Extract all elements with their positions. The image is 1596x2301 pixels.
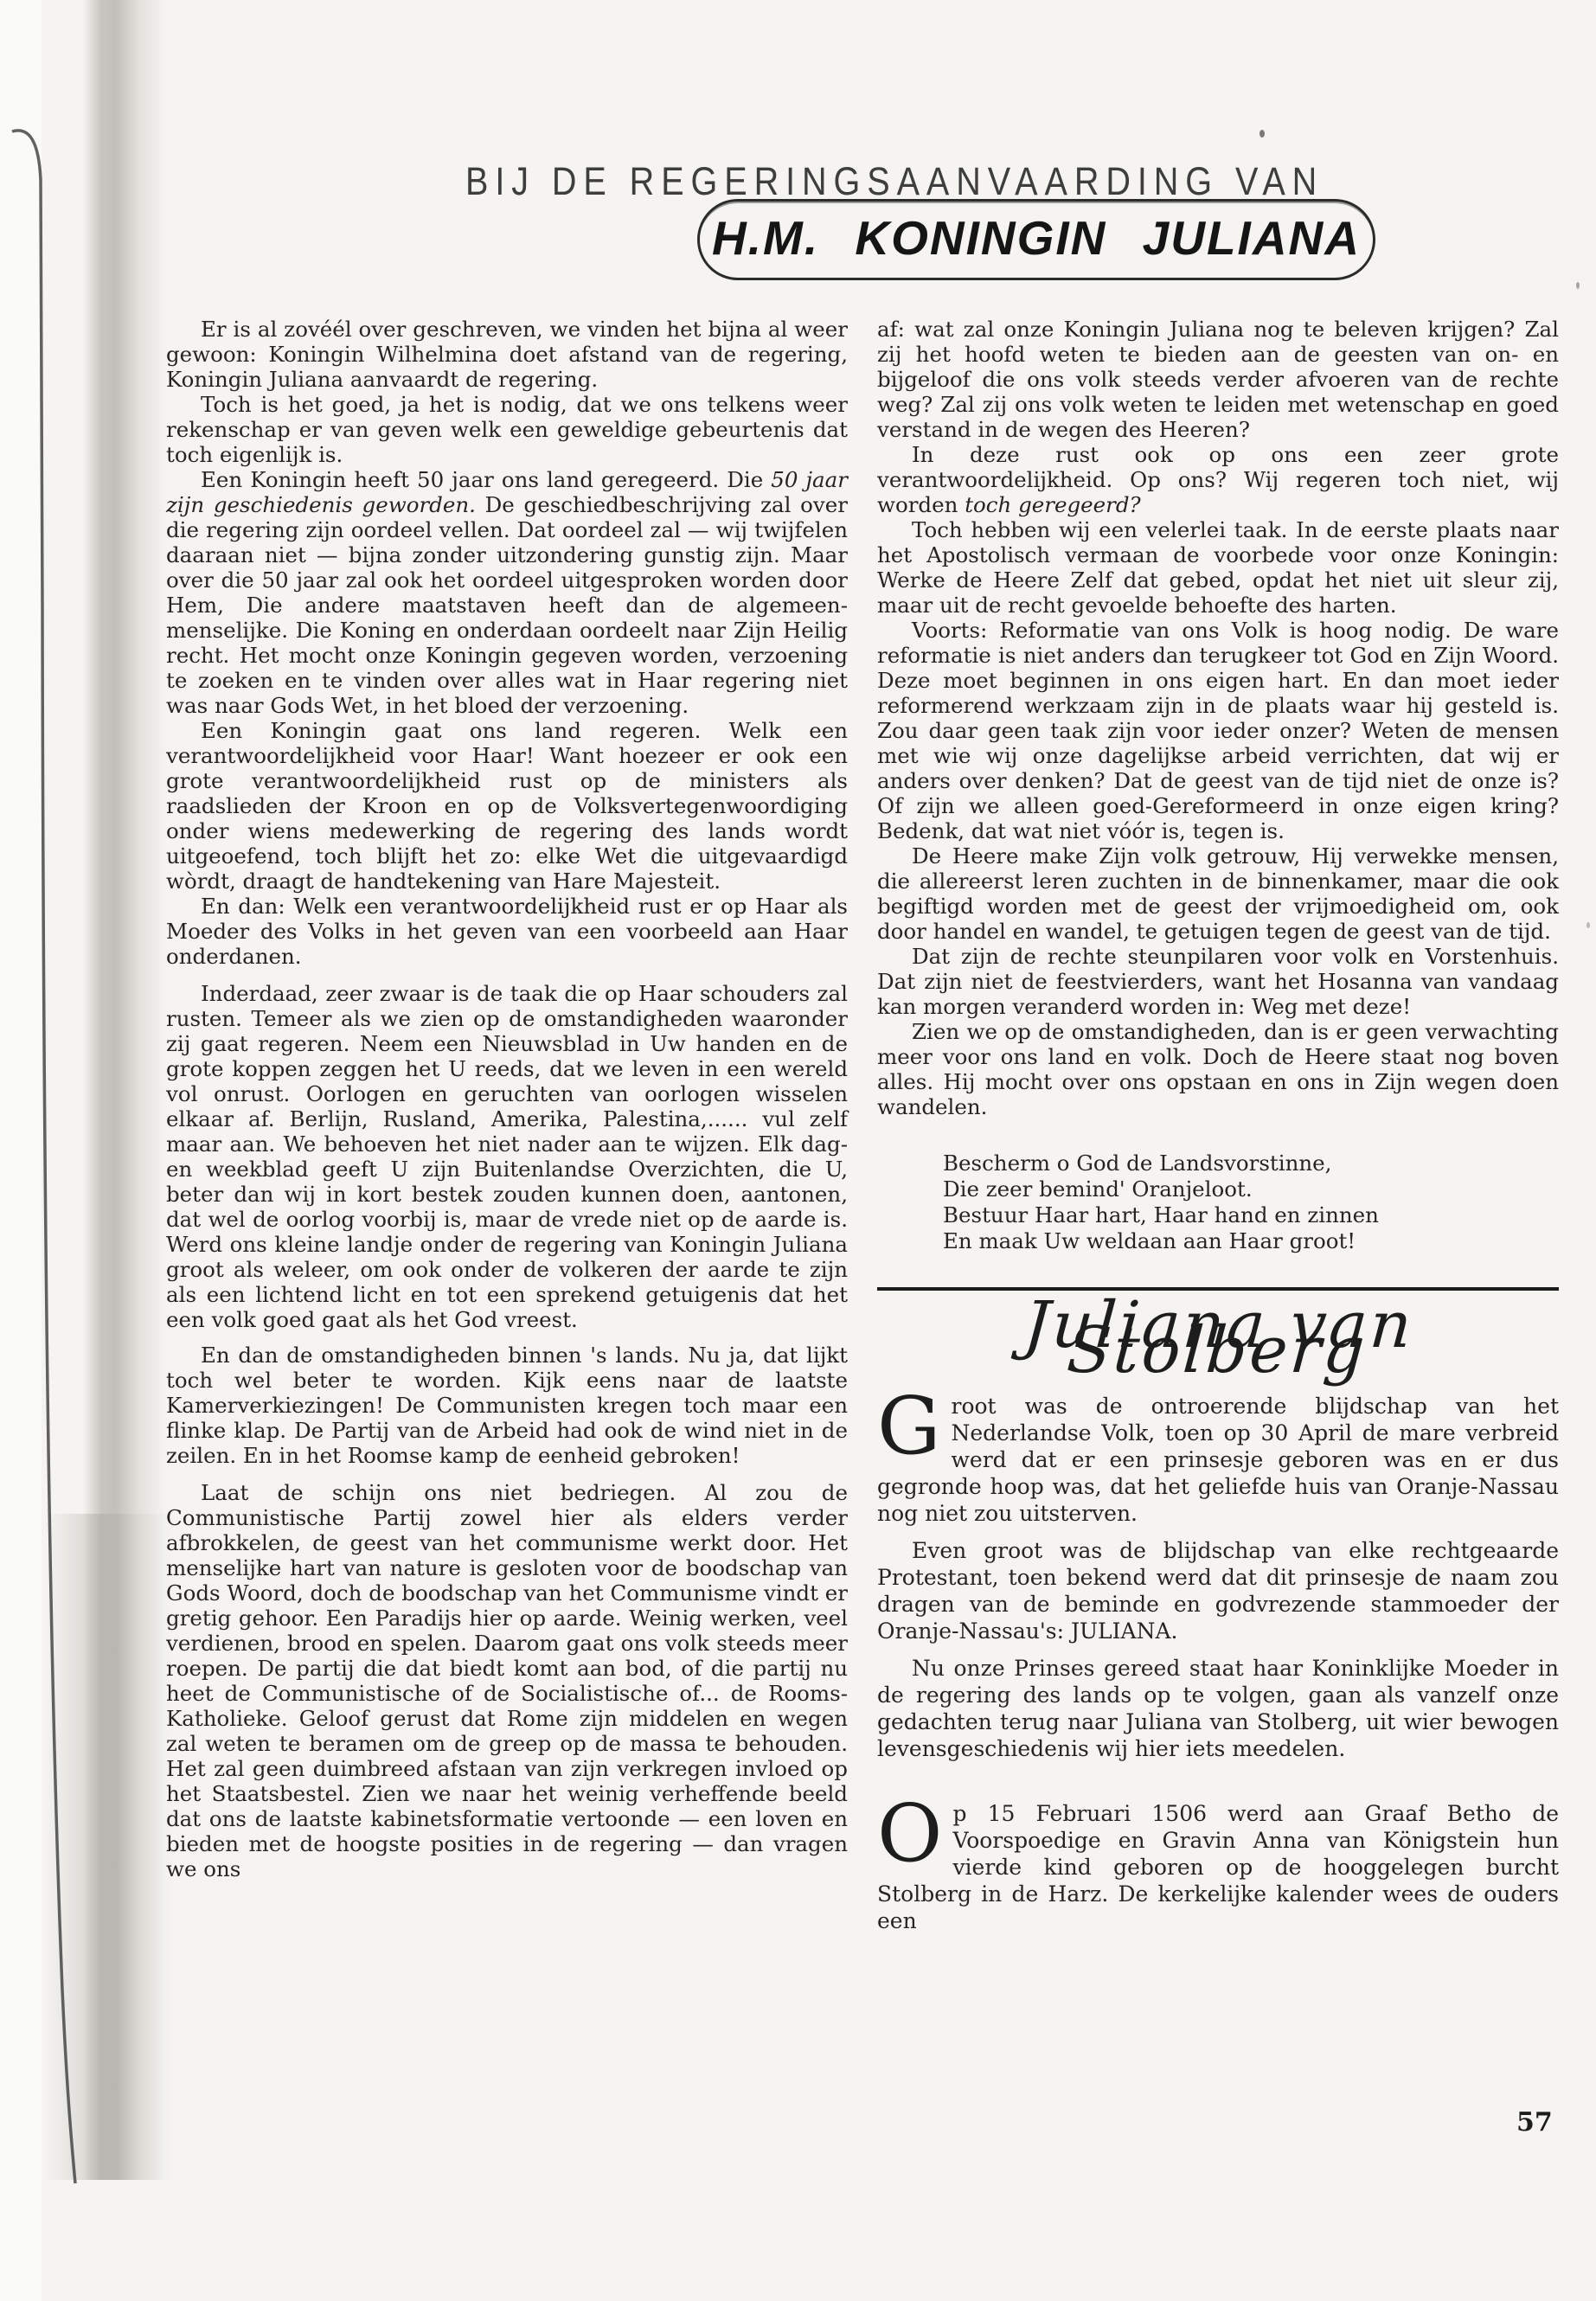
- paragraph: Een Koningin heeft 50 jaar ons land gere…: [166, 467, 848, 718]
- right-column: af: wat zal onze Koningin Juliana nog te…: [877, 317, 1559, 1934]
- body-text: Inderdaad, zeer zwaar is de taak die op …: [166, 981, 848, 1332]
- body-text: Nu onze Prinses gereed staat haar Konink…: [877, 1656, 1559, 1761]
- body-text: Voorts: Reformatie van ons Volk is hoog …: [877, 618, 1559, 843]
- body-text: Toch is het goed, ja het is nodig, dat w…: [166, 392, 848, 467]
- paragraph: Dat zijn de rechte steunpilaren voor vol…: [877, 944, 1559, 1019]
- page-edge-line: [0, 0, 173, 2301]
- scanned-magazine-page: BIJ DE REGERINGSAANVAARDING VAN H.M. KON…: [0, 0, 1596, 2301]
- poem-line: Die zeer bemind' Oranjeloot.: [943, 1176, 1559, 1202]
- page-number: 57: [1516, 2107, 1553, 2138]
- paragraph: De Heere make Zijn volk getrouw, Hij ver…: [877, 843, 1559, 944]
- body-text: Een Koningin gaat ons land regeren. Welk…: [166, 718, 848, 894]
- paragraph: Inderdaad, zeer zwaar is de taak die op …: [166, 981, 848, 1332]
- body-text: Zien we op de omstandigheden, dan is er …: [877, 1019, 1559, 1119]
- body-text: Een Koningin heeft 50 jaar ons land gere…: [201, 467, 771, 492]
- body-text: En dan: Welk een verantwoordelijkheid ru…: [166, 894, 848, 969]
- body-text: De Heere make Zijn volk getrouw, Hij ver…: [877, 843, 1559, 944]
- section-heading: Juliana van Stolberg: [875, 1313, 1561, 1363]
- paragraph: Laat de schijn ons niet bedriegen. Al zo…: [166, 1480, 848, 1881]
- paragraph: Zien we op de omstandigheden, dan is er …: [877, 1019, 1559, 1119]
- paragraph: Nu onze Prinses gereed staat haar Konink…: [877, 1655, 1559, 1762]
- poem: Bescherm o God de Landsvorstinne,Die zee…: [943, 1150, 1559, 1254]
- page-title: H.M. KONINGIN JULIANA: [712, 210, 1361, 269]
- body-text: Laat de schijn ons niet bedriegen. Al zo…: [166, 1480, 848, 1881]
- body-text: Even groot was de blijdschap van elke re…: [877, 1538, 1559, 1644]
- paragraph: Een Koningin gaat ons land regeren. Welk…: [166, 718, 848, 894]
- body-text: Toch hebben wij een velerlei taak. In de…: [877, 517, 1559, 618]
- title-oval: H.M. KONINGIN JULIANA: [697, 199, 1375, 280]
- paragraph: En dan de omstandigheden binnen 's lands…: [166, 1343, 848, 1468]
- paragraph: En dan: Welk een verantwoordelijkheid ru…: [166, 894, 848, 969]
- body-text: p 15 Februari 1506 werd aan Graaf Betho …: [877, 1801, 1559, 1933]
- body-text: af: wat zal onze Koningin Juliana nog te…: [877, 317, 1559, 442]
- paragraph: In deze rust ook op ons een zeer grote v…: [877, 442, 1559, 517]
- poem-line: Bestuur Haar hart, Haar hand en zinnen: [943, 1202, 1559, 1228]
- drop-cap: O: [877, 1804, 942, 1864]
- ink-speck: [1586, 922, 1590, 928]
- body-text: root was de ontroerende blijdschap van h…: [877, 1394, 1559, 1526]
- body-text: En dan de omstandigheden binnen 's lands…: [166, 1343, 848, 1468]
- body-text: De geschiedbeschrijving zal over die reg…: [166, 492, 848, 718]
- poem-line: En maak Uw weldaan aan Haar groot!: [943, 1228, 1559, 1254]
- poem-line: Bescherm o God de Landsvorstinne,: [943, 1150, 1559, 1176]
- paragraph: Groot was de ontroerende blijdschap van …: [877, 1393, 1559, 1527]
- kicker: BIJ DE REGERINGSAANVAARDING VAN: [465, 159, 1324, 204]
- drop-cap: G: [877, 1396, 941, 1457]
- paragraph: Op 15 Februari 1506 werd aan Graaf Betho…: [877, 1800, 1559, 1934]
- paragraph: Voorts: Reformatie van ons Volk is hoog …: [877, 618, 1559, 843]
- body-text: Dat zijn de rechte steunpilaren voor vol…: [877, 944, 1559, 1019]
- paragraph: Toch hebben wij een velerlei taak. In de…: [877, 517, 1559, 618]
- paragraph: Even groot was de blijdschap van elke re…: [877, 1537, 1559, 1644]
- italic-text: toch geregeerd?: [965, 492, 1141, 517]
- body-text: Er is al zovéél over geschreven, we vind…: [166, 317, 848, 392]
- left-column: Er is al zovéél over geschreven, we vind…: [166, 317, 848, 1881]
- paragraph: Er is al zovéél over geschreven, we vind…: [166, 317, 848, 392]
- paragraph: Toch is het goed, ja het is nodig, dat w…: [166, 392, 848, 467]
- ink-speck: [1259, 130, 1265, 138]
- paragraph: af: wat zal onze Koningin Juliana nog te…: [877, 317, 1559, 442]
- ink-speck: [1576, 282, 1580, 289]
